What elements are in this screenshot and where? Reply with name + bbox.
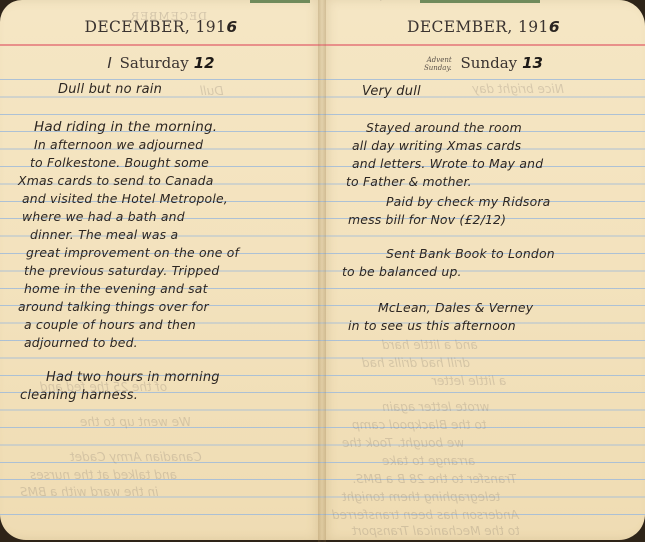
entry-line: Had two hours in morning: [46, 370, 220, 385]
day-heading: I Saturday12: [0, 54, 322, 72]
month-header: DECEMBER, 1916: [322, 18, 645, 36]
entry-line: cleaning harness.: [20, 388, 138, 403]
entry-line: adjourned to bed.: [24, 335, 138, 350]
day-tick-mark: I: [107, 54, 111, 72]
bleed-through-text: to the Mechanical Transport: [352, 524, 520, 538]
entry-line: the previous saturday. Tripped: [24, 263, 219, 278]
red-header-rule: [322, 44, 645, 46]
right-page: Nice bright day and a little hard drill …: [322, 0, 645, 540]
entry-line: In afternoon we adjourned: [34, 137, 203, 152]
entry-line: and visited the Hotel Metropole,: [22, 191, 228, 206]
year-digit-handwritten: 6: [549, 18, 560, 36]
bleed-through-text: in the ward with a BMS: [20, 485, 158, 499]
weather-text: Very dull: [362, 84, 421, 99]
bleed-through-text: Nice bright day: [472, 82, 564, 96]
bleed-through-text: Anderson has been transferred: [332, 508, 519, 522]
entry-line: dinner. The meal was a: [30, 227, 178, 242]
month-header: DECEMBER, 1916: [0, 18, 322, 36]
entry-line: to Folkestone. Bought some: [30, 155, 209, 170]
bleed-through-text: a little letter: [432, 374, 506, 388]
entry-line: home in the evening and sat: [24, 281, 208, 296]
entry-line: mess bill for Nov (£2/12): [348, 212, 506, 227]
day-heading: Advent Sunday. Sunday13: [322, 54, 645, 72]
red-header-rule: [0, 44, 322, 46]
entry-line: great improvement on the one of: [26, 245, 239, 260]
bleed-through-text: Transfer to the 28 B a BMS.: [352, 472, 517, 486]
day-name: Saturday: [120, 54, 189, 72]
bleed-through-text: wrote letter again: [382, 400, 490, 414]
weather-text: Dull but no rain: [58, 82, 162, 97]
entry-line: all day writing Xmas cards: [352, 138, 521, 153]
entry-line: around talking things over for: [18, 299, 209, 314]
book-spine: [318, 0, 326, 542]
advent-label-line-1: Advent: [427, 56, 452, 64]
bleed-through-text: telegraphing them tonight: [342, 490, 500, 504]
cover-edge: [250, 0, 310, 3]
diary-spread: DECEMBER Dull of the 25 the fed and We w…: [0, 0, 645, 542]
bleed-through-text: and a little hard: [382, 338, 478, 352]
entry-line: to be balanced up.: [342, 264, 462, 279]
bleed-through-text: and talked at the nurses: [30, 468, 177, 482]
entry-line: Paid by check my Ridsora: [386, 194, 550, 209]
entry-line: and letters. Wrote to May and: [352, 156, 543, 171]
month-printed: DECEMBER, 191: [407, 18, 549, 36]
entry-line: McLean, Dales & Verney: [378, 300, 533, 315]
cover-edge: [420, 0, 540, 3]
advent-label-line-2: Sunday.: [424, 64, 452, 72]
entry-line: to Father & mother.: [346, 174, 472, 189]
bleed-through-text: to the Blackpool camp: [352, 418, 487, 432]
day-number: 12: [194, 54, 215, 72]
bleed-through-text: We went up to the: [80, 415, 191, 429]
entry-line: in to see us this afternoon: [348, 318, 516, 333]
left-page: DECEMBER Dull of the 25 the fed and We w…: [0, 0, 322, 540]
entry-line: Stayed around the room: [366, 120, 522, 135]
month-printed: DECEMBER, 191: [85, 18, 227, 36]
entry-line: where we had a bath and: [22, 209, 185, 224]
day-name: Sunday: [461, 54, 518, 72]
bleed-through-text: arrange to take: [382, 454, 475, 468]
bleed-through-text: Canadian Army Cadet: [70, 450, 202, 464]
entry-line: Xmas cards to send to Canada: [18, 173, 214, 188]
year-digit-handwritten: 6: [226, 18, 237, 36]
entry-line: a couple of hours and then: [24, 317, 196, 332]
entry-line: Had riding in the morning.: [34, 119, 217, 135]
bleed-through-text: drill had drills had: [362, 356, 470, 370]
advent-sunday-label: Advent Sunday.: [424, 56, 452, 72]
day-number: 13: [522, 54, 543, 72]
bleed-through-text: Dull: [200, 84, 224, 98]
entry-line: Sent Bank Book to London: [386, 246, 555, 261]
bleed-through-text: we bought. Took the: [342, 436, 464, 450]
